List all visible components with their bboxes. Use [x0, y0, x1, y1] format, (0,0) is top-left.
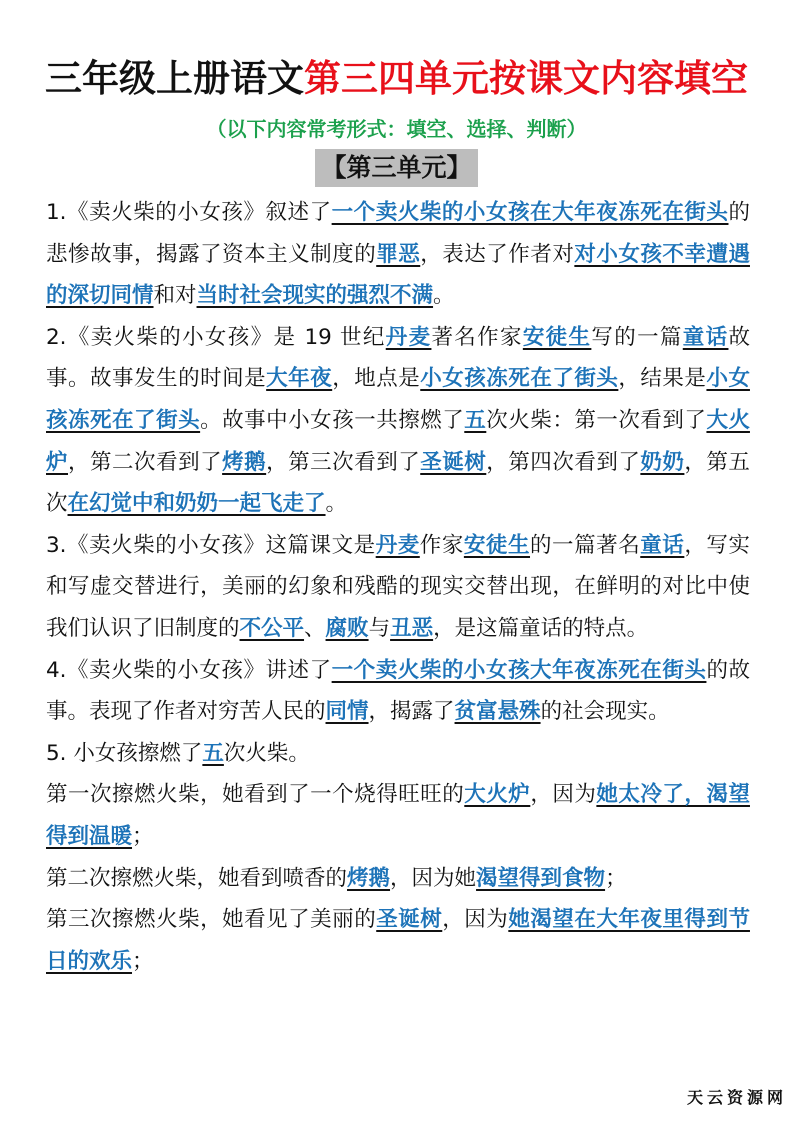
prompt-text: ； — [132, 949, 154, 974]
page-subtitle: （以下内容常考形式：填空、选择、判断） — [0, 115, 793, 143]
prompt-text: ，第三次看到了 — [266, 450, 420, 475]
answer-text: 童话 — [640, 533, 684, 558]
prompt-text: ，因为 — [530, 782, 596, 807]
answer-text: 奶奶 — [640, 450, 684, 475]
page-title: 三年级上册语文第三四单元按课文内容填空 — [0, 56, 793, 102]
answer-text: 五 — [464, 408, 486, 433]
title-red-part: 第三四单元按课文内容填空 — [304, 57, 748, 100]
answer-text: 在幻觉中和奶奶一起飞走了 — [68, 491, 326, 516]
answer-text: 丹麦 — [376, 533, 420, 558]
prompt-text: ，结果是 — [618, 366, 706, 391]
prompt-text: 第三次擦燃火柴，她看见了美丽的 — [46, 907, 376, 932]
answer-text: 不公平 — [240, 616, 305, 641]
prompt-text: ，第四次看到了 — [486, 450, 640, 475]
match-strike-1: 第一次擦燃火柴，她看到了一个烧得旺旺的大火炉，因为她太冷了，渴望得到温暖； — [46, 774, 750, 857]
unit-heading: 【第三单元】 — [315, 149, 477, 187]
answer-text: 腐败 — [326, 616, 369, 641]
question-item-1: 1.《卖火柴的小女孩》叙述了一个卖火柴的小女孩在大年夜冻死在街头的悲惨故事，揭露… — [46, 192, 750, 317]
prompt-text: ，因为 — [442, 907, 508, 932]
prompt-text: 。 — [326, 491, 348, 516]
answer-text: 渴望得到食物 — [476, 866, 605, 891]
prompt-text: 第一次擦燃火柴，她看到了一个烧得旺旺的 — [46, 782, 464, 807]
match-strike-3: 第三次擦燃火柴，她看见了美丽的圣诞树，因为她渴望在大年夜里得到节日的欢乐； — [46, 899, 750, 982]
answer-text: 烤鹅 — [347, 866, 390, 891]
question-item-4: 4.《卖火柴的小女孩》讲述了一个卖火柴的小女孩大年夜冻死在街头的故事。表现了作者… — [46, 650, 750, 733]
answer-text: 安徒生 — [523, 325, 592, 350]
prompt-text: 5. 小女孩擦燃了 — [46, 741, 202, 766]
answer-text: 圣诞树 — [420, 450, 486, 475]
answer-text: 安徒生 — [464, 533, 530, 558]
prompt-text: 写的一篇 — [591, 325, 682, 350]
prompt-text: 3.《卖火柴的小女孩》这篇课文是 — [46, 533, 376, 558]
prompt-text: 1.《卖火柴的小女孩》叙述了 — [46, 200, 332, 225]
prompt-text: ，揭露了 — [369, 699, 455, 724]
answer-text: 一个卖火柴的小女孩在大年夜冻死在街头 — [332, 200, 729, 225]
prompt-text: ，表达了作者对 — [420, 242, 574, 267]
question-item-2: 2.《卖火柴的小女孩》是 19 世纪丹麦著名作家安徒生写的一篇童话故事。故事发生… — [46, 317, 750, 525]
prompt-text: 作家 — [420, 533, 464, 558]
prompt-text: 次火柴。 — [224, 741, 310, 766]
answer-text: 同情 — [326, 699, 369, 724]
prompt-text: ； — [605, 866, 627, 891]
prompt-text: 。故事中小女孩一共擦燃了 — [200, 408, 464, 433]
prompt-text: 和对 — [154, 283, 197, 308]
prompt-text: ，因为她 — [390, 866, 476, 891]
prompt-text: 、 — [304, 616, 326, 641]
answer-text: 烤鹅 — [222, 450, 266, 475]
match-strike-2: 第二次擦燃火柴，她看到喷香的烤鹅，因为她渴望得到食物； — [46, 858, 750, 900]
answer-text: 五 — [202, 741, 224, 766]
prompt-text: ，第二次看到了 — [68, 450, 222, 475]
answer-text: 小女孩冻死在了街头 — [420, 366, 618, 391]
prompt-text: 。 — [433, 283, 455, 308]
answer-text: 丹麦 — [386, 325, 432, 350]
answer-text: 丑恶 — [390, 616, 433, 641]
question-list: 1.《卖火柴的小女孩》叙述了一个卖火柴的小女孩在大年夜冻死在街头的悲惨故事，揭露… — [46, 192, 750, 982]
question-item-5: 5. 小女孩擦燃了五次火柴。 — [46, 733, 750, 775]
answer-text: 大火炉 — [464, 782, 530, 807]
prompt-text: 次火柴：第一次看到了 — [486, 408, 706, 433]
prompt-text: ，地点是 — [332, 366, 420, 391]
prompt-text: 的社会现实。 — [541, 699, 670, 724]
prompt-text: ，是这篇童话的特点。 — [433, 616, 648, 641]
answer-text: 一个卖火柴的小女孩大年夜冻死在街头 — [332, 658, 707, 683]
prompt-text: ； — [132, 824, 154, 849]
question-item-3: 3.《卖火柴的小女孩》这篇课文是丹麦作家安徒生的一篇著名童话，写实和写虚交替进行… — [46, 525, 750, 650]
prompt-text: 4.《卖火柴的小女孩》讲述了 — [46, 658, 332, 683]
answer-text: 圣诞树 — [376, 907, 442, 932]
prompt-text: 的一篇著名 — [530, 533, 640, 558]
answer-text: 当时社会现实的强烈不满 — [197, 283, 434, 308]
unit-heading-wrap: 【第三单元】 — [0, 149, 793, 187]
prompt-text: 著名作家 — [431, 325, 522, 350]
prompt-text: 第二次擦燃火柴，她看到喷香的 — [46, 866, 347, 891]
prompt-text: 2.《卖火柴的小女孩》是 19 世纪 — [46, 325, 386, 350]
answer-text: 贫富悬殊 — [455, 699, 541, 724]
watermark: 天云资源网 — [687, 1085, 787, 1108]
prompt-text: 与 — [369, 616, 391, 641]
title-black-part: 三年级上册语文 — [45, 57, 304, 100]
answer-text: 童话 — [683, 325, 729, 350]
answer-text: 罪恶 — [376, 242, 420, 267]
answer-text: 大年夜 — [266, 366, 332, 391]
